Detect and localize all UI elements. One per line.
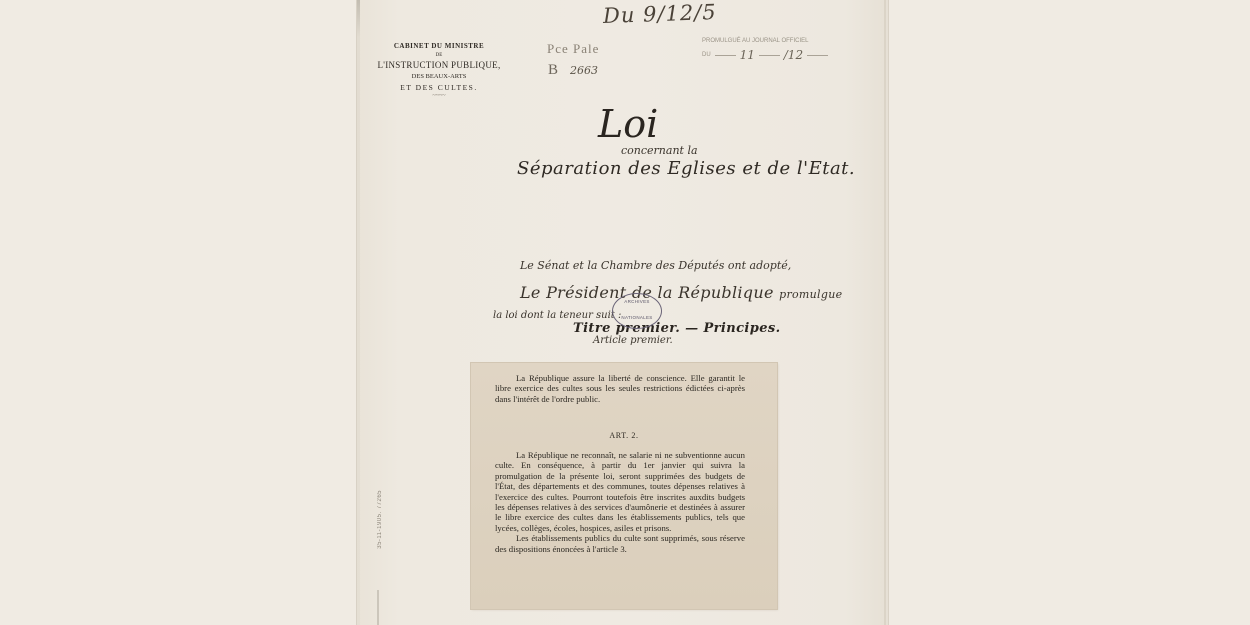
promulgation-line: Le Président de la République promulgue — [520, 283, 842, 302]
ministry-header: CABINET DU MINISTRE DE L'INSTRUCTION PUB… — [377, 42, 501, 99]
page-edge — [884, 0, 886, 625]
article-1-text: La République assure la liberté de consc… — [495, 373, 745, 404]
stamp-bottom-text: NATIONALES — [613, 316, 661, 321]
page-edge — [357, 0, 360, 625]
stamp-month: /12 — [784, 48, 803, 62]
divider — [807, 55, 828, 56]
article-1-body: La République assure la liberté de consc… — [495, 373, 745, 404]
subtitle-main: Séparation des Eglises et de l'Etat. — [517, 158, 855, 179]
adopted-line: Le Sénat et la Chambre des Députés ont a… — [520, 259, 791, 272]
article-2-paragraph-1: La République ne reconnaît, ne salarie n… — [495, 450, 745, 533]
stamp-top-text: ARCHIVES — [613, 300, 661, 305]
handwritten-date: Du 9/12/5 — [603, 0, 717, 28]
article-2-heading: ART. 2. — [471, 431, 777, 441]
divider — [759, 55, 780, 56]
article-2-paragraph-2: Les établissements publics du culte sont… — [495, 533, 745, 553]
article-premier-heading: Article premier. — [593, 335, 673, 346]
page-edge-mark — [377, 590, 379, 625]
stamp-du: DU — [702, 52, 711, 58]
official-journal-stamp: PROMULGUÉ AU JOURNAL OFFICIEL DU 11 /12 — [702, 38, 832, 62]
titre-line: Titre premier. — Principes. — [573, 321, 781, 336]
subtitle-small: concernant la — [621, 144, 698, 157]
stamp-day: 11 — [740, 48, 755, 62]
piece-label: Pce Pale — [547, 41, 599, 57]
ornament: ~~~~ — [377, 93, 501, 99]
header-line: DE — [377, 53, 501, 58]
b-label: B — [548, 62, 558, 78]
article-2-text: La République ne reconnaît, ne salarie n… — [495, 450, 745, 554]
divider — [715, 55, 736, 56]
header-line: DES BEAUX-ARTS — [377, 73, 501, 80]
archives-nationales-stamp: ARCHIVES NATIONALES — [612, 293, 662, 329]
side-note: 35-11-1905. 77265 — [377, 490, 383, 549]
header-line: CABINET DU MINISTRE — [377, 42, 501, 50]
teneur-line: la loi dont la teneur suit : — [493, 310, 621, 321]
header-line: L'INSTRUCTION PUBLIQUE, — [377, 60, 501, 70]
stamp-heading: PROMULGUÉ AU JOURNAL OFFICIEL — [702, 38, 832, 44]
reference-number: B2663 — [548, 62, 598, 79]
pasted-printed-slip: La République assure la liberté de consc… — [471, 363, 777, 609]
document-page: CABINET DU MINISTRE DE L'INSTRUCTION PUB… — [357, 0, 888, 625]
b-number: 2663 — [570, 64, 598, 77]
page-title: Loi — [598, 102, 658, 146]
header-line: ET DES CULTES. — [377, 83, 501, 92]
promulgation-tail: promulgue — [779, 288, 842, 301]
